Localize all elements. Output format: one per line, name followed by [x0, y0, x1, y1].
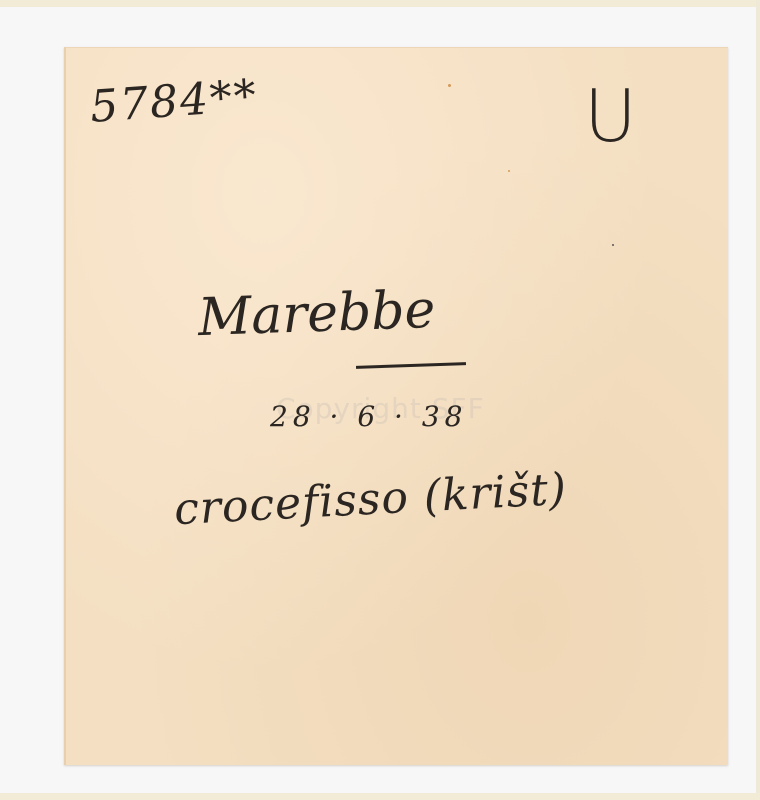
- place-underline: [356, 362, 466, 369]
- paper-speck: [508, 170, 510, 172]
- catalog-number: 5784**: [88, 70, 259, 133]
- paper-speck: [612, 244, 614, 246]
- date: 28 · 6 · 38: [270, 400, 467, 433]
- mount-background: 5784** U Marebbe Copyright SFF 28 · 6 · …: [0, 7, 756, 793]
- top-edge-strip: [0, 0, 760, 7]
- paper-speck: [448, 84, 451, 87]
- right-edge-strip: [756, 0, 760, 800]
- place-name: Marebbe: [197, 280, 436, 348]
- subject-description: crocefisso (krišt): [173, 464, 568, 536]
- archive-card: 5784** U Marebbe Copyright SFF 28 · 6 · …: [64, 47, 728, 765]
- bottom-edge-strip: [0, 793, 760, 800]
- grade-mark: U: [584, 74, 637, 158]
